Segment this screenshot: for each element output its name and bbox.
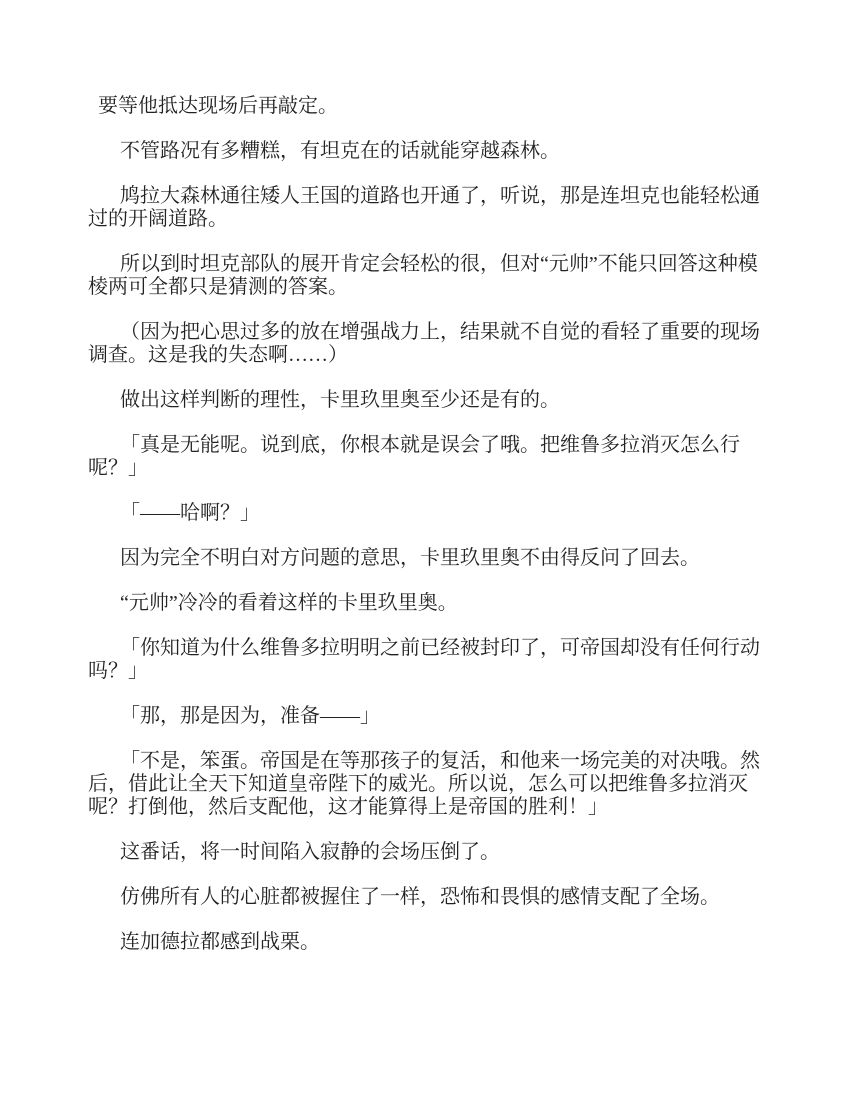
paragraph: （因为把心思过多的放在增强战力上，结果就不自觉的看轻了重要的现场调查。这是我的失…	[88, 321, 760, 367]
paragraph: 「不是，笨蛋。帝国是在等那孩子的复活，和他来一场完美的对决哦。然后，借此让全天下…	[88, 750, 760, 819]
paragraph: 做出这样判断的理性，卡里玖里奥至少还是有的。	[88, 389, 760, 412]
paragraph: 鸠拉大森林通往矮人王国的道路也开通了，听说，那是连坦克也能轻松通过的开阔道路。	[88, 185, 760, 231]
document-page: 要等他抵达现场后再敲定。 不管路况有多糟糕，有坦克在的话就能穿越森林。 鸠拉大森…	[0, 0, 850, 1100]
paragraph: “元帅”冷冷的看着这样的卡里玖里奥。	[88, 592, 760, 615]
paragraph: 仿佛所有人的心脏都被握住了一样，恐怖和畏惧的感情支配了全场。	[88, 886, 760, 909]
paragraph: 因为完全不明白对方问题的意思，卡里玖里奥不由得反问了回去。	[88, 547, 760, 570]
paragraph: 连加德拉都感到战栗。	[88, 931, 760, 954]
paragraph: 要等他抵达现场后再敲定。	[88, 95, 760, 118]
paragraph: 「那，那是因为，准备——」	[88, 705, 760, 728]
paragraph: 所以到时坦克部队的展开肯定会轻松的很，但对“元帅”不能只回答这种模棱两可全都只是…	[88, 253, 760, 299]
paragraph: 这番话，将一时间陷入寂静的会场压倒了。	[88, 841, 760, 864]
paragraph: 「真是无能呢。说到底，你根本就是误会了哦。把维鲁多拉消灭怎么行呢？」	[88, 434, 760, 480]
paragraph: 「你知道为什么维鲁多拉明明之前已经被封印了，可帝国却没有任何行动吗？」	[88, 637, 760, 683]
paragraph: 「——哈啊？」	[88, 502, 760, 525]
paragraph: 不管路况有多糟糕，有坦克在的话就能穿越森林。	[88, 140, 760, 163]
page-text-block: 要等他抵达现场后再敲定。 不管路况有多糟糕，有坦克在的话就能穿越森林。 鸠拉大森…	[88, 95, 760, 976]
